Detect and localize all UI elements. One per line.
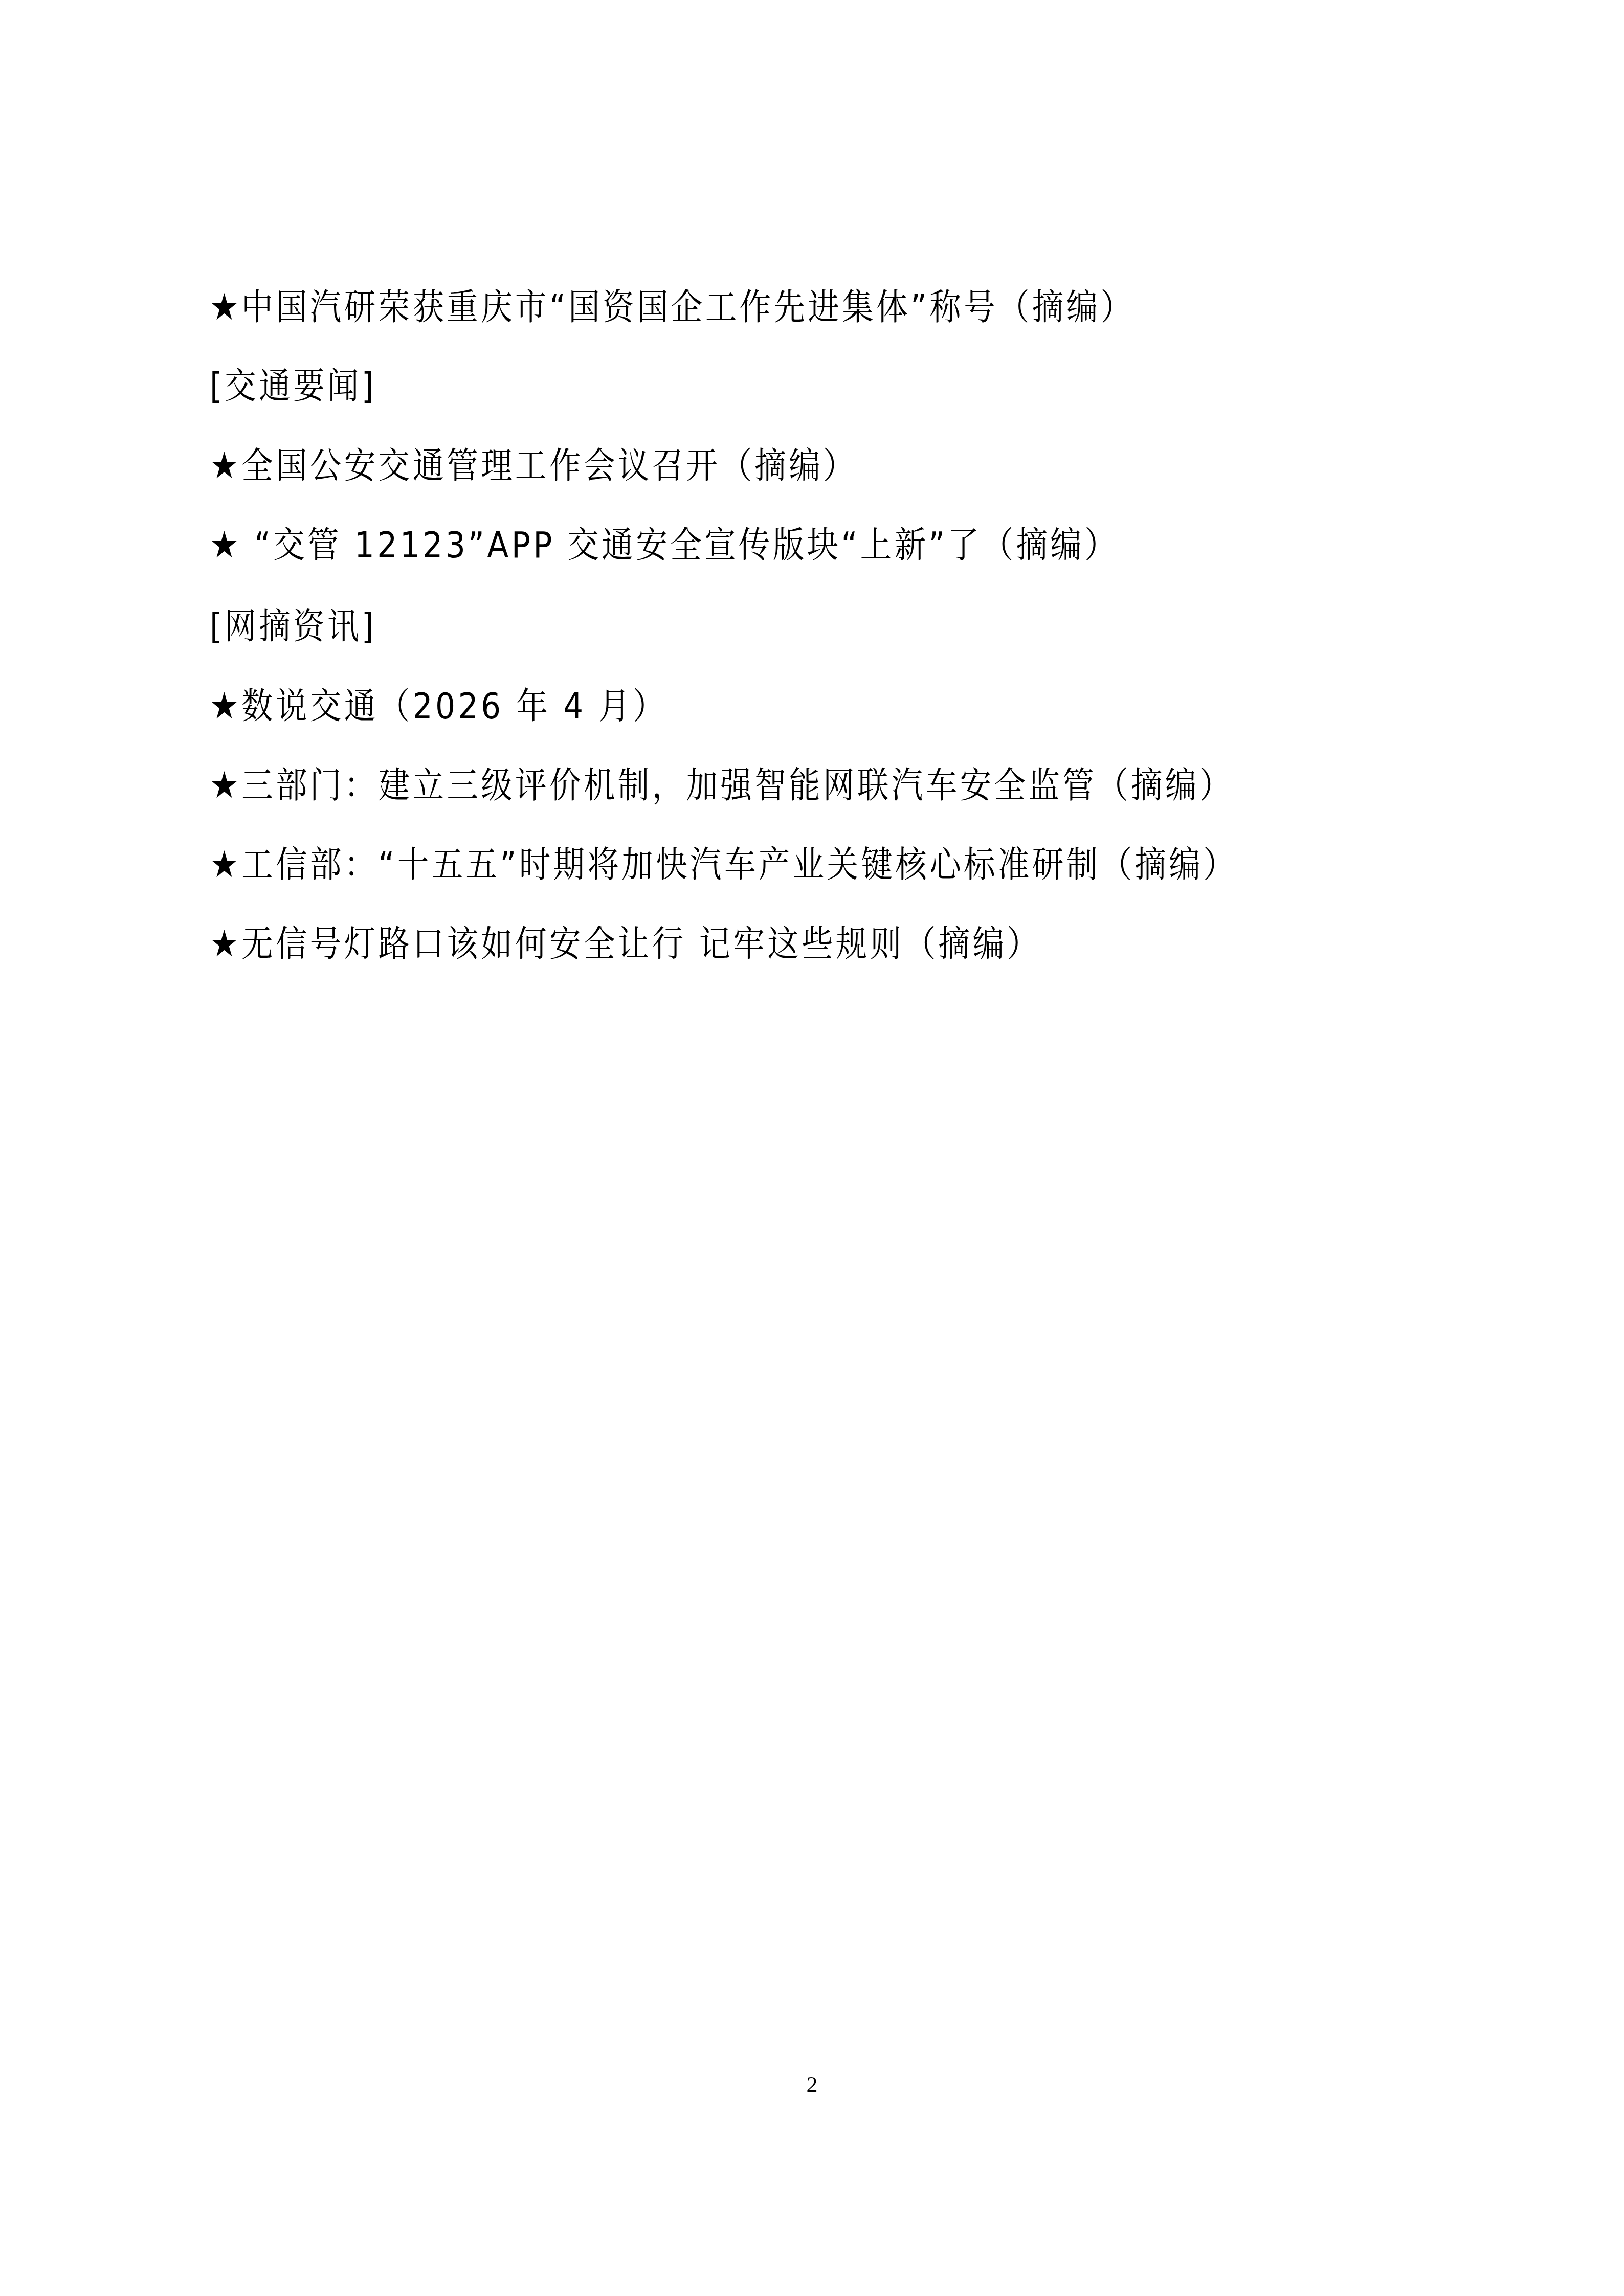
- toc-item-text: 中国汽研荣获重庆市“国资国企工作先进集体”称号（摘编）: [241, 286, 1134, 328]
- toc-item: ★全国公安交通管理工作会议召开（摘编）: [210, 445, 857, 486]
- toc-item: ★数说交通（2026 年 4 月）: [210, 685, 667, 726]
- star-bullet-icon: ★: [210, 844, 241, 885]
- star-bullet-icon: ★: [210, 685, 241, 726]
- star-bullet-icon: ★: [210, 923, 241, 964]
- toc-item: ★中国汽研荣获重庆市“国资国企工作先进集体”称号（摘编）: [210, 286, 1134, 327]
- toc-item: ★三部门：建立三级评价机制，加强智能网联汽车安全监管（摘编）: [210, 764, 1234, 805]
- toc-item-text: 无信号灯路口该如何安全让行 记牢这些规则（摘编）: [241, 923, 1041, 965]
- toc-item-text: “交管 12123”APP 交通安全宣传版块“上新”了（摘编）: [241, 524, 1119, 566]
- toc-item-text: 工信部：“十五五”时期将加快汽车产业关键核心标准研制（摘编）: [241, 844, 1237, 886]
- page-number: 2: [0, 2072, 1624, 2098]
- star-bullet-icon: ★: [210, 764, 241, 805]
- document-page: ★中国汽研荣获重庆市“国资国企工作先进集体”称号（摘编） [交通要闻] ★全国公…: [0, 0, 1624, 2296]
- section-heading-traffic-news: [交通要闻]: [210, 366, 376, 407]
- section-heading-web-digest: [网摘资讯]: [210, 606, 376, 647]
- star-bullet-icon: ★: [210, 445, 241, 486]
- star-bullet-icon: ★: [210, 524, 241, 565]
- toc-item: ★ “交管 12123”APP 交通安全宣传版块“上新”了（摘编）: [210, 524, 1119, 565]
- toc-item-text: 三部门：建立三级评价机制，加强智能网联汽车安全监管（摘编）: [241, 764, 1234, 806]
- toc-item-text: 数说交通（2026 年 4 月）: [241, 685, 667, 727]
- toc-item: ★无信号灯路口该如何安全让行 记牢这些规则（摘编）: [210, 923, 1041, 964]
- toc-item-text: 全国公安交通管理工作会议召开（摘编）: [241, 445, 857, 487]
- star-bullet-icon: ★: [210, 286, 241, 327]
- toc-item: ★工信部：“十五五”时期将加快汽车产业关键核心标准研制（摘编）: [210, 844, 1237, 885]
